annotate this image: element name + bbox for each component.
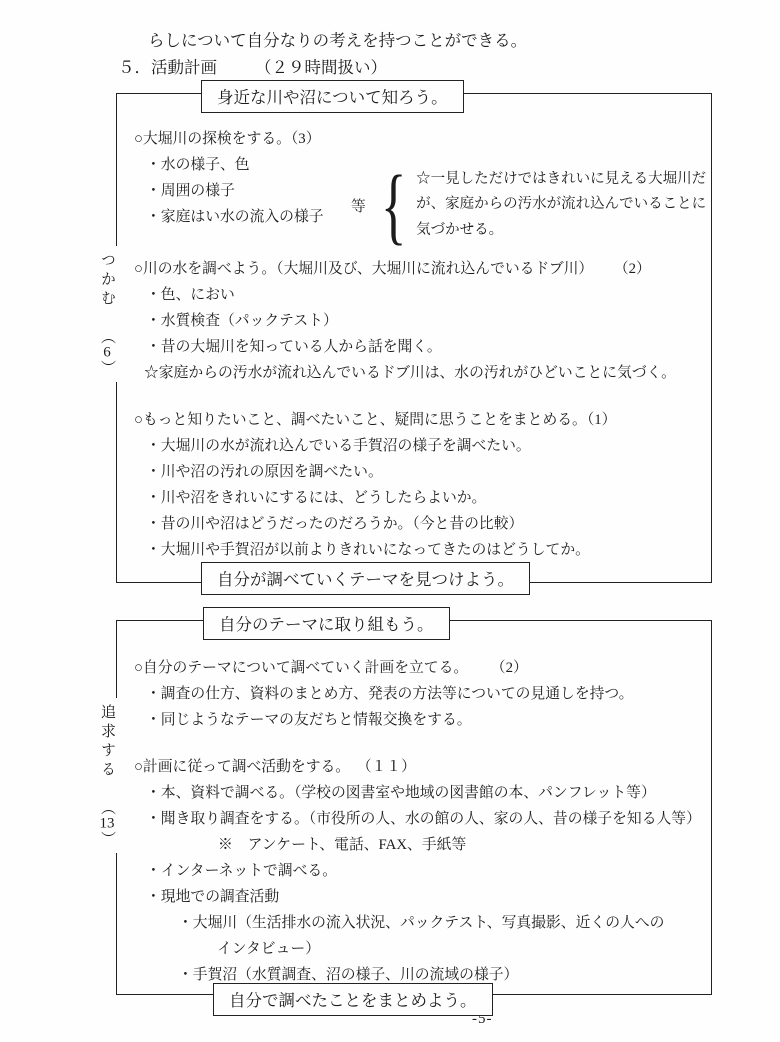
- section-hours: （２９時間扱い）: [255, 58, 387, 77]
- stage1-hour-count: （6）: [99, 329, 115, 376]
- activity-item: ・現地での調査活動: [117, 884, 711, 910]
- activity-2: ○川の水を調べよう。（大堀川及び、大堀川に流れ込んでいるドブ川）（2） ・色、に…: [117, 256, 711, 386]
- note-line: 気づかせる。: [416, 218, 706, 244]
- section-heading: ５．活動計画（２９時間扱い）: [118, 54, 387, 78]
- activity-item: ・インターネットで調べる。: [117, 858, 711, 884]
- activity-item: ・昔の大堀川を知っている人から話を聞く。: [117, 334, 711, 360]
- stage1-content: ○大堀川の探検をする。（3） ・水の様子、色 ・周囲の様子 ・家庭はい水の流入の…: [117, 94, 711, 563]
- activity-subnote: ※ アンケート、電話、FAX、手紙等: [117, 832, 711, 858]
- stage2-content: ○自分のテーマについて調べていく計画を立てる。（2） ・調査の仕方、資料のまとめ…: [117, 621, 711, 988]
- teacher-note: ☆一見しただけではきれいに見える大堀川だ が、家庭からの汚水が流れ込んでいること…: [416, 167, 706, 244]
- margin-stage1-label: つかむ（6）: [93, 246, 120, 382]
- activity-item: ・水質検査（パックテスト）: [117, 308, 711, 334]
- activity-item: ・同じようなテーマの友だちと情報交換をする。: [117, 707, 711, 733]
- activity-title: ○大堀川の探検をする。（3）: [117, 126, 711, 152]
- activity-item: ・大堀川や手賀沼が以前よりきれいになってきたのはどうしてか。: [117, 537, 711, 563]
- activity-hours: （2）: [621, 261, 651, 277]
- star-note: ☆家庭からの汚水が流れ込んでいるドブ川は、水の汚れがひどいことに気づく。: [117, 360, 711, 386]
- activity-title: ○計画に従って調べ活動をする。（１１）: [117, 754, 711, 780]
- activity-4: ○自分のテーマについて調べていく計画を立てる。（2） ・調査の仕方、資料のまとめ…: [117, 655, 711, 733]
- stage2-box: 自分のテーマに取り組もう。 ○自分のテーマについて調べていく計画を立てる。（2）…: [116, 620, 712, 995]
- section-number-title: ５．活動計画: [118, 58, 217, 77]
- stage1-name: つかむ: [99, 252, 115, 309]
- activity-item: ・大堀川の水が流れ込んでいる手賀沼の様子を調べたい。: [117, 433, 711, 459]
- margin-stage2-label: 追求する（13）: [93, 698, 120, 853]
- activity-item: ・川や沼の汚れの原因を調べたい。: [117, 459, 711, 485]
- activity-hours: （１１）: [364, 759, 416, 775]
- activity-item: ・調査の仕方、資料のまとめ方、発表の方法等についての見通しを持つ。: [117, 681, 711, 707]
- activity-title: ○川の水を調べよう。（大堀川及び、大堀川に流れ込んでいるドブ川）（2）: [117, 256, 711, 282]
- activity-item: ・昔の川や沼はどうだったのだろうか。（今と昔の比較）: [117, 511, 711, 537]
- activity-subitem: ・大堀川（生活排水の流入状況、パックテスト、写真撮影、近くの人への: [117, 910, 711, 936]
- stage1-next-label: 自分が調べていくテーマを見つけよう。: [201, 562, 530, 595]
- teacher-note-group: 等 { ☆一見しただけではきれいに見える大堀川だ が、家庭からの汚水が流れ込んで…: [351, 165, 706, 245]
- activity-title: ○もっと知りたいこと、調べたいこと、疑問に思うことをまとめる。（1）: [117, 407, 711, 433]
- brace-glyph: {: [381, 165, 407, 245]
- etc-label: 等: [351, 195, 366, 216]
- stage1-goal-label: 身近な川や沼について知ろう。: [201, 80, 464, 113]
- activity-hours: （2）: [498, 660, 528, 676]
- stage1-box: 身近な川や沼について知ろう。 ○大堀川の探検をする。（3） ・水の様子、色 ・周…: [116, 93, 712, 583]
- stage2-hour-count: （13）: [99, 800, 115, 847]
- stage2-next-label: 自分で調べたことをまとめよう。: [213, 983, 493, 1016]
- activity-subitem-continued: インタビュー）: [117, 936, 711, 962]
- activity-item: ・川や沼をきれいにするには、どうしたらよいか。: [117, 485, 711, 511]
- intro-text: らしについて自分なりの考えを持つことができる。: [148, 27, 527, 51]
- activity-item: ・色、におい: [117, 282, 711, 308]
- note-line: が、家庭からの汚水が流れ込んでいることに: [416, 192, 706, 218]
- activity-3: ○もっと知りたいこと、調べたいこと、疑問に思うことをまとめる。（1） ・大堀川の…: [117, 407, 711, 563]
- stage2-name: 追求する: [99, 704, 115, 780]
- activity-item: ・聞き取り調査をする。（市役所の人、水の館の人、家の人、昔の様子を知る人等）: [117, 806, 711, 832]
- document-page: らしについて自分なりの考えを持つことができる。 ５．活動計画（２９時間扱い） つ…: [0, 0, 780, 1042]
- stage2-goal-label: 自分のテーマに取り組もう。: [203, 607, 450, 640]
- note-line: ☆一見しただけではきれいに見える大堀川だ: [416, 167, 706, 193]
- activity-title: ○自分のテーマについて調べていく計画を立てる。（2）: [117, 655, 711, 681]
- activity-5: ○計画に従って調べ活動をする。（１１） ・本、資料で調べる。（学校の図書室や地域…: [117, 754, 711, 988]
- activity-item: ・本、資料で調べる。（学校の図書室や地域の図書館の本、パンフレット等）: [117, 780, 711, 806]
